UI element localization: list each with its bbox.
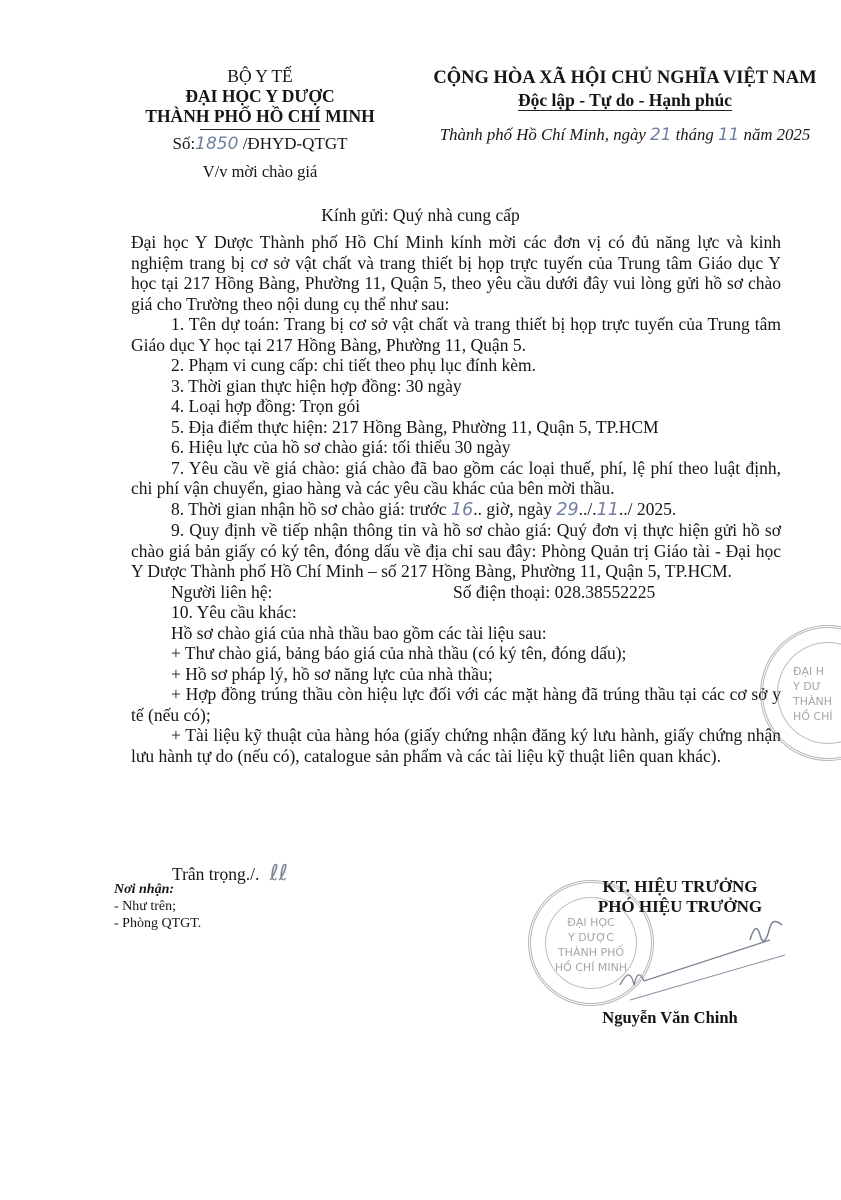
issuing-authority-block: BỘ Y TẾ ĐẠI HỌC Y DƯỢC THÀNH PHỐ HỒ CHÍ …: [110, 66, 410, 182]
required-doc-4: + Tài liệu kỹ thuật của hàng hóa (giấy c…: [131, 725, 781, 766]
date-day: 21: [650, 124, 671, 144]
handwritten-signature-icon: [600, 900, 800, 1020]
national-motto: Độc lập - Tự do - Hạnh phúc: [430, 89, 820, 111]
recipients-block: Nơi nhận: - Như trên; - Phòng QTGT.: [114, 881, 201, 932]
item-7: 7. Yêu cầu về giá chào: giá chào đã bao …: [131, 458, 781, 499]
item-4: 4. Loại hợp đồng: Trọn gói: [131, 396, 781, 417]
signatory-name: Nguyễn Văn Chinh: [560, 1008, 780, 1028]
university-name-line1: ĐẠI HỌC Y DƯỢC: [110, 86, 410, 106]
item-5: 5. Địa điểm thực hiện: 217 Hồng Bàng, Ph…: [131, 417, 781, 438]
document-date: Thành phố Hồ Chí Minh, ngày 21 tháng 11 …: [430, 123, 820, 146]
document-subject: V/v mời chào giá: [110, 162, 410, 182]
document-number-handwritten: 1850: [195, 134, 238, 154]
stamp-line: ĐẠI H: [793, 664, 833, 679]
header-divider: [200, 129, 320, 130]
required-doc-2: + Hồ sơ pháp lý, hồ sơ năng lực của nhà …: [131, 664, 781, 685]
item-8: 8. Thời gian nhận hồ sơ chào giá: trước …: [131, 499, 781, 521]
stamp-line: Y DƯ: [793, 679, 833, 694]
document-number-prefix: Số:: [172, 134, 195, 153]
university-name-line2: THÀNH PHỐ HỒ CHÍ MINH: [110, 106, 410, 126]
nation-title: CỘNG HÒA XÃ HỘI CHỦ NGHĨA VIỆT NAM: [430, 67, 820, 89]
date-month: 11: [718, 124, 739, 144]
intro-paragraph: Đại học Y Dược Thành phố Hồ Chí Minh kín…: [131, 232, 781, 314]
required-doc-3: + Hợp đồng trúng thầu còn hiệu lực đối v…: [131, 684, 781, 725]
item-8-suffix: ../ 2025.: [619, 499, 676, 519]
date-mid: tháng: [671, 125, 718, 144]
deadline-day: 29: [556, 500, 578, 520]
initial-signature-icon: ℓℓ: [270, 861, 288, 886]
recipient-item: - Phòng QTGT.: [114, 915, 201, 932]
recipient-item: - Như trên;: [114, 898, 201, 915]
item-8-sep: ../.: [579, 499, 597, 519]
required-doc-1: + Thư chào giá, bảng báo giá của nhà thầ…: [131, 643, 781, 664]
date-suffix: năm 2025: [739, 125, 810, 144]
stamp-text: ĐẠI H Y DƯ THÀNH HỒ CHÍ: [793, 664, 833, 724]
deadline-hour: 16: [451, 500, 473, 520]
item-8-prefix: 8. Thời gian nhận hồ sơ chào giá: trước: [171, 499, 451, 519]
item-3: 3. Thời gian thực hiện hợp đồng: 30 ngày: [131, 376, 781, 397]
item-6: 6. Hiệu lực của hồ sơ chào giá: tối thiể…: [131, 437, 781, 458]
item-10-lead: Hồ sơ chào giá của nhà thầu bao gồm các …: [131, 623, 781, 644]
contact-person-label: Người liên hệ:: [171, 582, 453, 603]
contact-line: Người liên hệ: Số điện thoại: 028.385522…: [131, 582, 781, 603]
national-motto-text: Độc lập - Tự do - Hạnh phúc: [518, 90, 732, 111]
contact-phone: Số điện thoại: 028.38552225: [453, 582, 655, 603]
stamp-line: HỒ CHÍ: [793, 709, 833, 724]
item-8-mid: .. giờ, ngày: [473, 499, 556, 519]
deadline-month: 11: [597, 500, 619, 520]
salutation: Kính gửi: Quý nhà cung cấp: [0, 205, 841, 226]
item-9: 9. Quy định về tiếp nhận thông tin và hồ…: [131, 520, 781, 582]
ministry-name: BỘ Y TẾ: [110, 66, 410, 86]
national-header-block: CỘNG HÒA XÃ HỘI CHỦ NGHĨA VIỆT NAM Độc l…: [430, 67, 820, 146]
document-number: Số:1850 /ĐHYD-QTGT: [110, 134, 410, 154]
date-prefix: Thành phố Hồ Chí Minh, ngày: [440, 125, 650, 144]
stamp-line: THÀNH: [793, 694, 833, 709]
recipients-title: Nơi nhận:: [114, 881, 201, 898]
document-number-suffix: /ĐHYD-QTGT: [238, 134, 347, 153]
item-2: 2. Phạm vi cung cấp: chi tiết theo phụ l…: [131, 355, 781, 376]
item-1: 1. Tên dự toán: Trang bị cơ sở vật chất …: [131, 314, 781, 355]
signatory-title-1: KT. HIỆU TRƯỞNG: [540, 877, 820, 897]
item-10-title: 10. Yêu cầu khác:: [131, 602, 781, 623]
letter-body: Đại học Y Dược Thành phố Hồ Chí Minh kín…: [131, 232, 781, 766]
